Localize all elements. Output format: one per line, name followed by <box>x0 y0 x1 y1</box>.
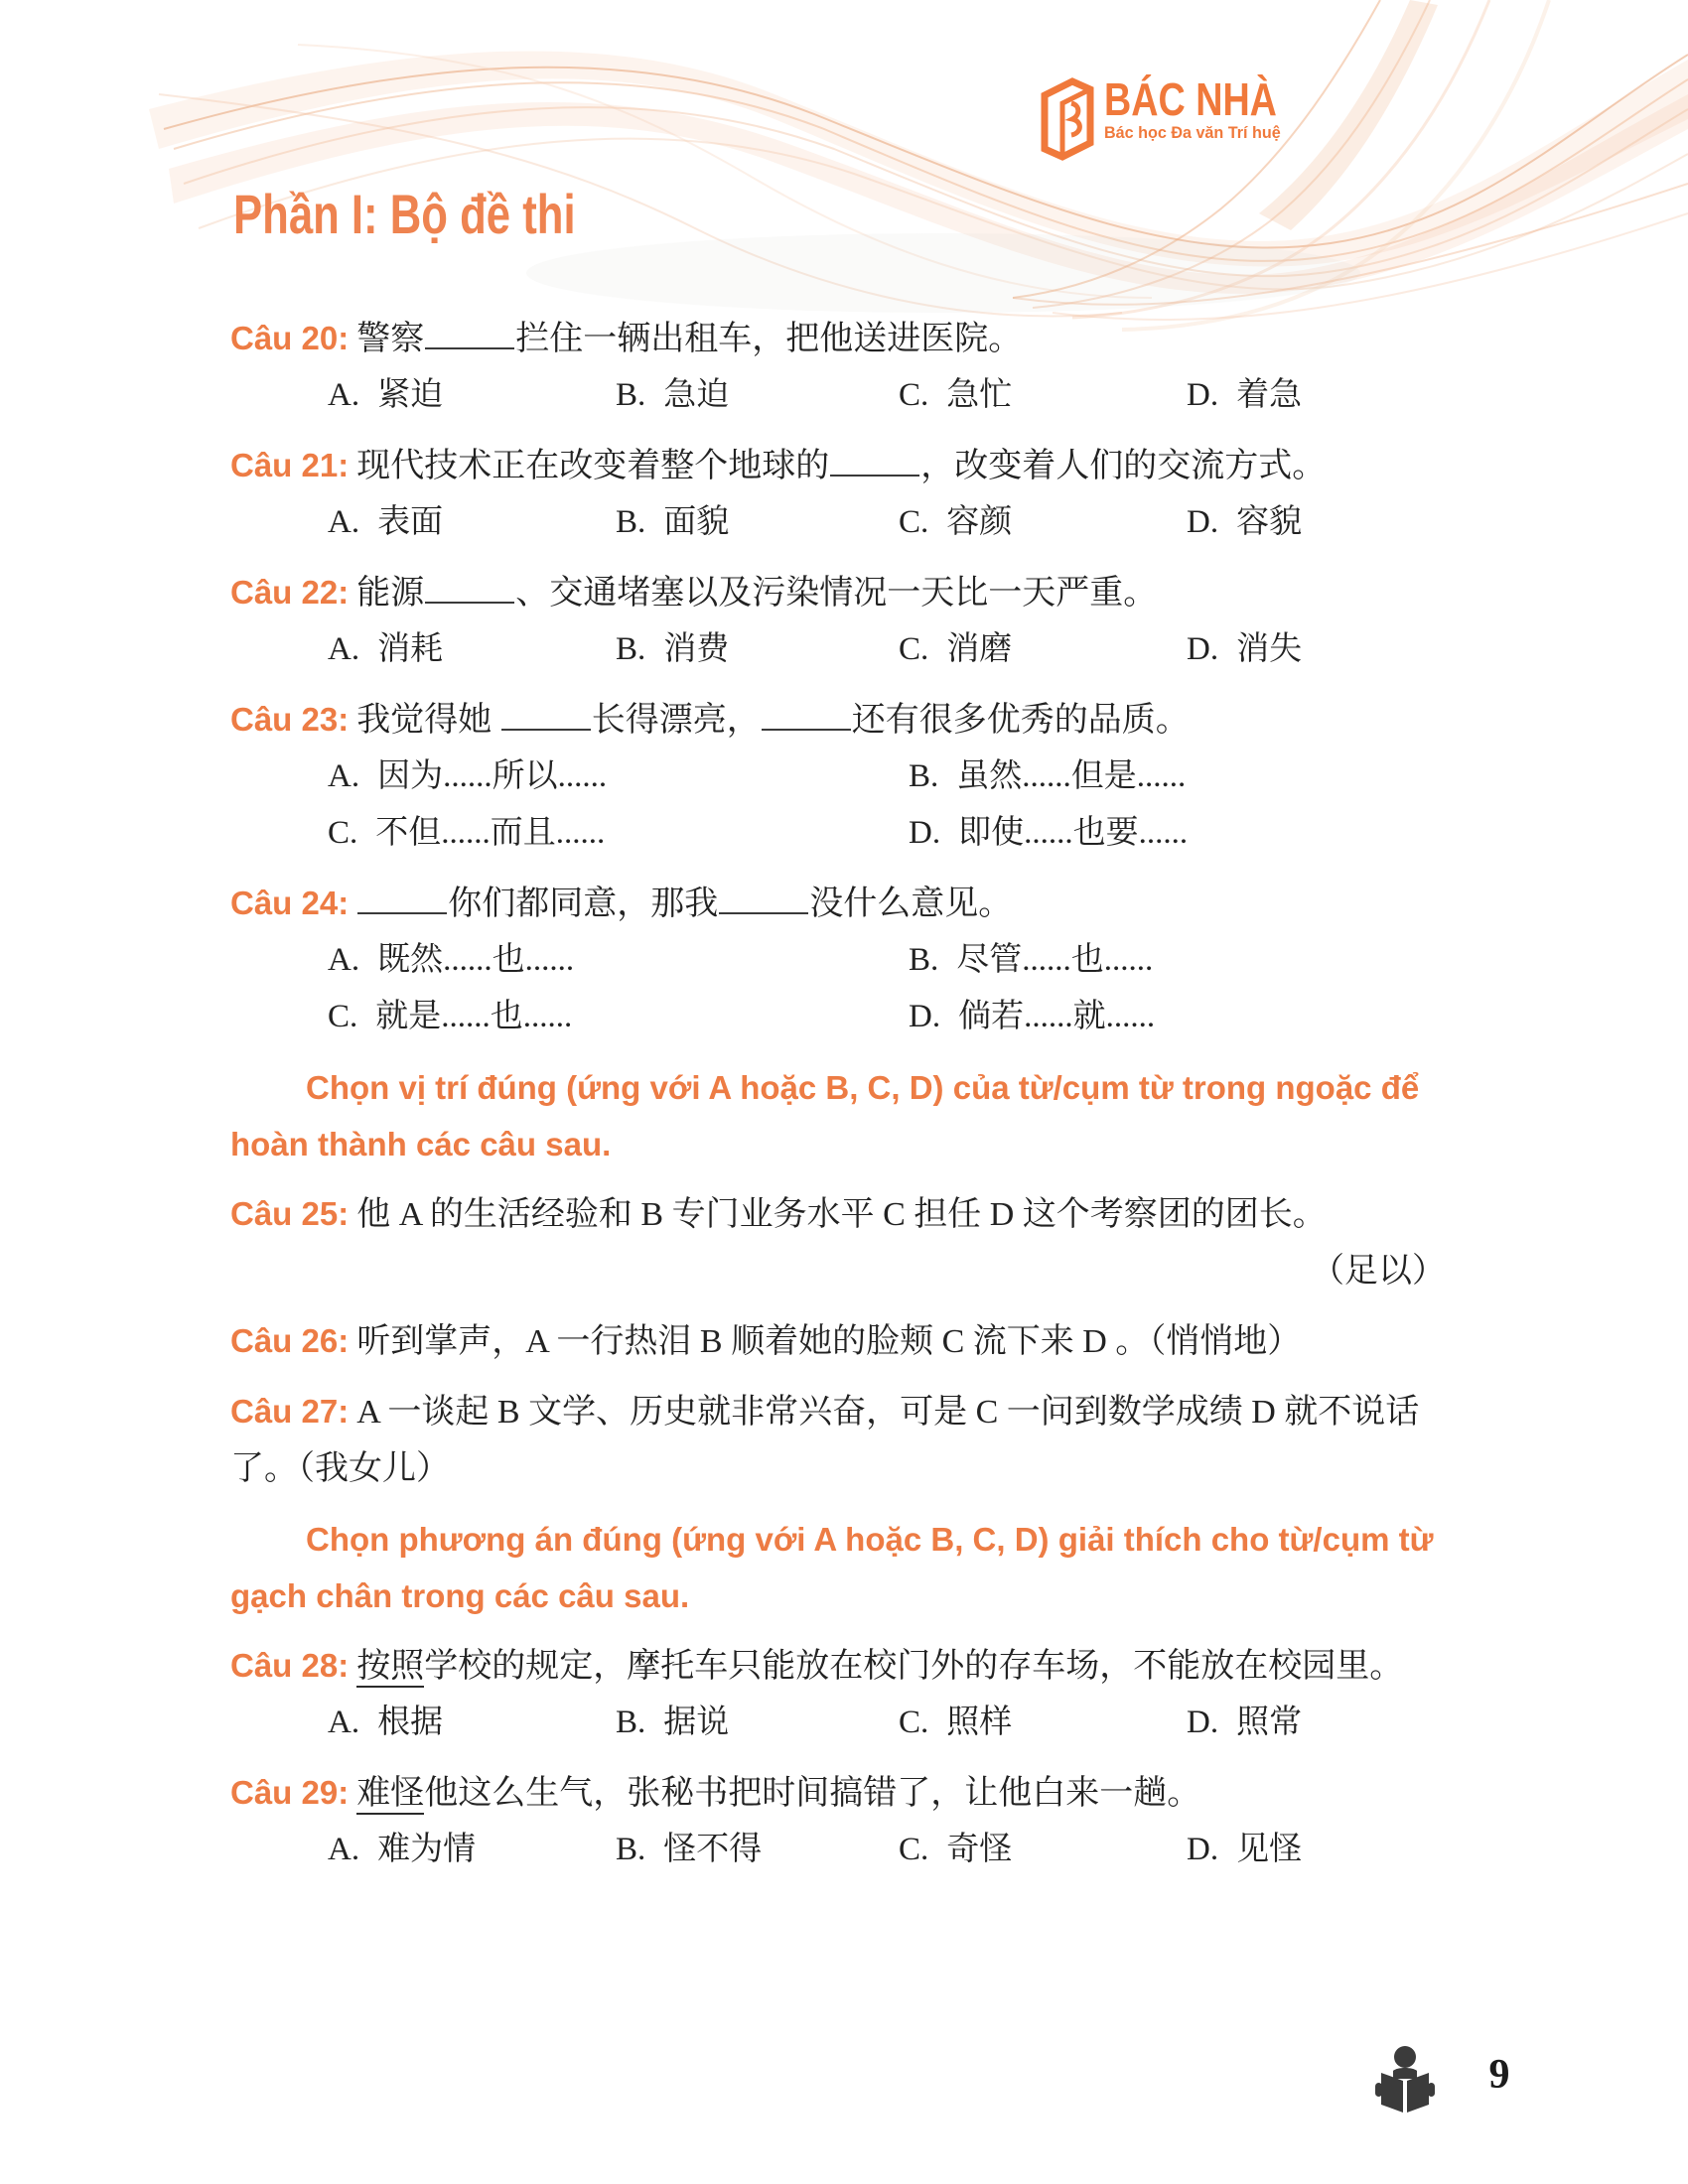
question-block: Câu 25:他 A 的生活经验和 B 专门业务水平 C 担任 D 这个考察团的… <box>230 1185 1452 1299</box>
option-text: 难为情 <box>377 1832 476 1867</box>
question-line: Câu 23:我觉得她 长得漂亮，还有很多优秀的品质。 <box>230 691 1452 749</box>
options-row: A.既然......也......B.尽管......也......C.就是..… <box>230 932 1452 1045</box>
option-text: 虽然......但是...... <box>956 758 1186 794</box>
question-text: 你们都同意，那我 <box>448 886 718 922</box>
option-text: 急忙 <box>946 377 1012 413</box>
answer-blank <box>425 568 514 604</box>
option-letter: B. <box>616 631 645 667</box>
question-line: Câu 21:现代技术正在改变着整个地球的，改变着人们的交流方式。 <box>230 437 1452 494</box>
option-letter: A. <box>328 758 359 794</box>
option-letter: C. <box>328 999 357 1034</box>
option-text: 紧迫 <box>377 377 443 413</box>
option-letter: A. <box>328 377 359 413</box>
option-text: 就是......也...... <box>375 999 572 1034</box>
options-row: A.难为情B.怪不得C.奇怪D.见怪 <box>230 1822 1452 1878</box>
question-label: Câu 29: <box>230 1774 349 1811</box>
question-label: Câu 24: <box>230 885 349 921</box>
person-reading-book-icon <box>1373 2045 1437 2115</box>
question-text: 他 A 的生活经验和 B 专门业务水平 C 担任 D 这个考察团的团长。 <box>356 1196 1327 1233</box>
option-text: 表面 <box>377 504 443 540</box>
question-block: Câu 26:听到掌声，A 一行热泪 B 顺着她的脸颊 C 流下来 D 。（悄悄… <box>230 1312 1452 1370</box>
option: B.据说 <box>616 1695 899 1751</box>
options-row: A.紧迫B.急迫C.急忙D.着急 <box>230 367 1452 424</box>
option-letter: C. <box>899 504 928 540</box>
option-letter: C. <box>328 815 357 851</box>
option-letter: B. <box>616 1832 645 1867</box>
question-block: Câu 22:能源、交通堵塞以及污染情况一天比一天严重。A.消耗B.消费C.消磨… <box>230 564 1452 678</box>
answer-blank <box>357 879 447 914</box>
option: D.倘若......就...... <box>909 989 1452 1045</box>
option: B.尽管......也...... <box>909 932 1452 989</box>
logo-name: BÁC NHÀ <box>1104 77 1277 121</box>
option: D.照常 <box>1187 1695 1452 1751</box>
option-text: 据说 <box>663 1705 729 1740</box>
option: D.消失 <box>1187 621 1452 678</box>
option: D.容貌 <box>1187 494 1452 551</box>
option: C.奇怪 <box>899 1822 1187 1878</box>
option-text: 既然......也...... <box>377 942 574 978</box>
question-text: 能源 <box>356 575 424 612</box>
question-label: Câu 23: <box>230 701 349 738</box>
page-number: 9 <box>1470 2051 1529 2099</box>
question-text: 没什么意见。 <box>809 886 1012 922</box>
question-line: Câu 26:听到掌声，A 一行热泪 B 顺着她的脸颊 C 流下来 D 。（悄悄… <box>230 1312 1452 1370</box>
option: C.就是......也...... <box>328 989 909 1045</box>
option: B.怪不得 <box>616 1822 899 1878</box>
page-title: Phần I: Bộ đề thi <box>233 187 576 242</box>
option-text: 不但......而且...... <box>375 815 605 851</box>
question-line: Câu 28:按照学校的规定，摩托车只能放在校门外的存车场，不能放在校园里。 <box>230 1637 1452 1695</box>
option-letter: C. <box>899 1832 928 1867</box>
answer-blank <box>830 441 919 477</box>
question-label: Câu 22: <box>230 574 349 611</box>
option: D.见怪 <box>1187 1822 1452 1878</box>
option: A.难为情 <box>328 1822 616 1878</box>
option-letter: B. <box>616 377 645 413</box>
question-label: Câu 21: <box>230 447 349 483</box>
option: B.虽然......但是...... <box>909 749 1452 805</box>
option-letter: A. <box>328 942 359 978</box>
brand-logo: BÁC NHÀ Bác học Đa văn Trí huệ <box>1039 77 1315 163</box>
question-block: Câu 27:A 一谈起 B 文学、历史就非常兴奋，可是 C 一问到数学成绩 D… <box>230 1383 1452 1497</box>
option-text: 照样 <box>946 1705 1012 1740</box>
question-text: 、交通堵塞以及污染情况一天比一天严重。 <box>515 575 1157 612</box>
option: A.根据 <box>328 1695 616 1751</box>
option-text: 消费 <box>663 631 729 667</box>
option-letter: B. <box>909 758 938 794</box>
option: B.面貌 <box>616 494 899 551</box>
option-text: 即使......也要...... <box>958 815 1188 851</box>
option-letter: D. <box>1187 631 1218 667</box>
option: C.照样 <box>899 1695 1187 1751</box>
option-letter: C. <box>899 377 928 413</box>
option-letter: A. <box>328 504 359 540</box>
instruction-text: Chọn phương án đúng (ứng với A hoặc B, C… <box>230 1511 1452 1624</box>
content: Câu 20:警察拦住一辆出租车，把他送进医院。A.紧迫B.急迫C.急忙D.着急… <box>230 310 1452 1891</box>
question-block: Câu 20:警察拦住一辆出租车，把他送进医院。A.紧迫B.急迫C.急忙D.着急 <box>230 310 1452 424</box>
option-letter: A. <box>328 1705 359 1740</box>
option-text: 急迫 <box>663 377 729 413</box>
option-text: 照常 <box>1236 1705 1302 1740</box>
question-line: Câu 25:他 A 的生活经验和 B 专门业务水平 C 担任 D 这个考察团的… <box>230 1185 1452 1243</box>
option: C.容颜 <box>899 494 1187 551</box>
question-line: Câu 27:A 一谈起 B 文学、历史就非常兴奋，可是 C 一问到数学成绩 D… <box>230 1383 1452 1497</box>
option-text: 消失 <box>1236 631 1302 667</box>
option-text: 容颜 <box>946 504 1012 540</box>
option-letter: A. <box>328 631 359 667</box>
option-letter: C. <box>899 631 928 667</box>
question-block: Câu 29:难怪他这么生气，张秘书把时间搞错了，让他白来一趟。A.难为情B.怪… <box>230 1764 1452 1878</box>
option-text: 奇怪 <box>946 1832 1012 1867</box>
answer-blank <box>501 695 591 731</box>
question-text: 警察 <box>356 321 424 357</box>
underlined-term: 难怪 <box>356 1775 424 1815</box>
option-text: 消磨 <box>946 631 1012 667</box>
options-row: A.因为......所以......B.虽然......但是......C.不但… <box>230 749 1452 862</box>
option-letter: C. <box>899 1705 928 1740</box>
option-letter: A. <box>328 1832 359 1867</box>
question-block: Câu 24:你们都同意，那我没什么意见。A.既然......也......B.… <box>230 875 1452 1045</box>
question-note: （足以） <box>230 1243 1452 1299</box>
option: A.紧迫 <box>328 367 616 424</box>
question-text: 我觉得她 <box>356 702 500 739</box>
option: D.着急 <box>1187 367 1452 424</box>
answer-blank <box>762 695 851 731</box>
question-line: Câu 22:能源、交通堵塞以及污染情况一天比一天严重。 <box>230 564 1452 621</box>
option-text: 着急 <box>1236 377 1302 413</box>
options-row: A.消耗B.消费C.消磨D.消失 <box>230 621 1452 678</box>
option-letter: D. <box>1187 504 1218 540</box>
question-label: Câu 25: <box>230 1195 349 1232</box>
book-page: BÁC NHÀ Bác học Đa văn Trí huệ Phần I: B… <box>0 0 1688 2184</box>
question-label: Câu 26: <box>230 1322 349 1359</box>
option-text: 因为......所以...... <box>377 758 607 794</box>
option: A.既然......也...... <box>328 932 909 989</box>
option: D.即使......也要...... <box>909 805 1452 862</box>
option-text: 怪不得 <box>663 1832 762 1867</box>
option-letter: B. <box>616 504 645 540</box>
question-text: 拦住一辆出租车，把他送进医院。 <box>515 321 1022 357</box>
question-block: Câu 21:现代技术正在改变着整个地球的，改变着人们的交流方式。A.表面B.面… <box>230 437 1452 551</box>
option-text: 容貌 <box>1236 504 1302 540</box>
option: C.急忙 <box>899 367 1187 424</box>
option-text: 见怪 <box>1236 1832 1302 1867</box>
page-footer: 9 <box>0 2037 1688 2126</box>
option-letter: D. <box>909 815 940 851</box>
underlined-term: 按照 <box>356 1648 424 1688</box>
option-text: 面貌 <box>663 504 729 540</box>
question-text: ，改变着人们的交流方式。 <box>920 448 1326 484</box>
option-letter: B. <box>616 1705 645 1740</box>
question-line: Câu 29:难怪他这么生气，张秘书把时间搞错了，让他白来一趟。 <box>230 1764 1452 1822</box>
question-block: Câu 23:我觉得她 长得漂亮，还有很多优秀的品质。A.因为......所以.… <box>230 691 1452 862</box>
header-wave-decoration <box>0 0 1688 357</box>
instruction-text: Chọn vị trí đúng (ứng với A hoặc B, C, D… <box>230 1059 1452 1172</box>
option: C.消磨 <box>899 621 1187 678</box>
question-text: 学校的规定，摩托车只能放在校门外的存车场，不能放在校园里。 <box>424 1648 1403 1685</box>
question-label: Câu 27: <box>230 1393 349 1430</box>
question-text: 听到掌声，A 一行热泪 B 顺着她的脸颊 C 流下来 D 。（悄悄地） <box>356 1323 1301 1360</box>
option-letter: D. <box>1187 377 1218 413</box>
question-block: Câu 28:按照学校的规定，摩托车只能放在校门外的存车场，不能放在校园里。A.… <box>230 1637 1452 1751</box>
option: A.消耗 <box>328 621 616 678</box>
answer-blank <box>425 314 514 349</box>
option: A.表面 <box>328 494 616 551</box>
option-text: 倘若......就...... <box>958 999 1155 1034</box>
logo-tagline: Bác học Đa văn Trí huệ <box>1104 123 1305 143</box>
options-row: A.表面B.面貌C.容颜D.容貌 <box>230 494 1452 551</box>
option: B.消费 <box>616 621 899 678</box>
question-label: Câu 28: <box>230 1647 349 1684</box>
question-text: 还有很多优秀的品质。 <box>852 702 1190 739</box>
option: B.急迫 <box>616 367 899 424</box>
open-book-logo-icon <box>1039 77 1096 163</box>
question-text: 长得漂亮， <box>592 702 761 739</box>
answer-blank <box>719 879 808 914</box>
option: C.不但......而且...... <box>328 805 909 862</box>
question-line: Câu 20:警察拦住一辆出租车，把他送进医院。 <box>230 310 1452 367</box>
option-letter: B. <box>909 942 938 978</box>
option-letter: D. <box>909 999 940 1034</box>
question-text: 他这么生气，张秘书把时间搞错了，让他白来一趟。 <box>424 1775 1200 1812</box>
option: A.因为......所以...... <box>328 749 909 805</box>
option-text: 消耗 <box>377 631 443 667</box>
option-text: 根据 <box>377 1705 443 1740</box>
option-text: 尽管......也...... <box>956 942 1153 978</box>
question-text: 现代技术正在改变着整个地球的 <box>356 448 829 484</box>
question-text: A 一谈起 B 文学、历史就非常兴奋，可是 C 一问到数学成绩 D 就不说话了。… <box>230 1394 1419 1487</box>
option-letter: D. <box>1187 1705 1218 1740</box>
question-label: Câu 20: <box>230 320 349 356</box>
options-row: A.根据B.据说C.照样D.照常 <box>230 1695 1452 1751</box>
option-letter: D. <box>1187 1832 1218 1867</box>
question-line: Câu 24:你们都同意，那我没什么意见。 <box>230 875 1452 932</box>
